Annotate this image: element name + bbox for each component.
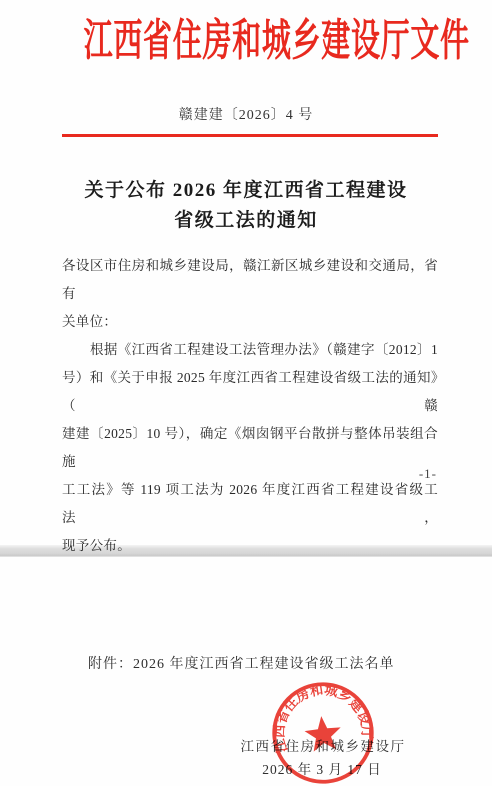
document-title: 关于公布 2026 年度江西省工程建设 省级工法的通知 <box>0 176 492 236</box>
page-number: -1- <box>419 466 437 482</box>
document-page-2: 附件：2026 年度江西省工程建设省级工法名单 江西省住房和城乡建设厅 2026… <box>0 557 492 786</box>
salutation-line: 关单位： <box>62 308 438 336</box>
body-line: 现予公布。 <box>62 532 438 560</box>
body-line: 号）和《关于申报 2025 年度江西省工程建设省级工法的通知》（赣 <box>62 364 438 420</box>
document-page-1: 江西省住房和城乡建设厅文件 赣建建〔2026〕4 号 关于公布 2026 年度江… <box>0 0 492 545</box>
red-divider-line <box>62 134 438 137</box>
document-number: 赣建建〔2026〕4 号 <box>0 104 492 124</box>
body-line: 根据《江西省工程建设工法管理办法》（赣建字〔2012〕1 <box>62 336 438 364</box>
body-line: 建建〔2025〕10 号），确定《烟囱钢平台散拼与整体吊装组合施 <box>62 420 438 476</box>
body-line: 工工法》等 119 项工法为 2026 年度江西省工程建设省级工法， <box>62 476 438 532</box>
document-title-line-1: 关于公布 2026 年度江西省工程建设 <box>0 176 492 206</box>
document-body: 各设区市住房和城乡建设局，赣江新区城乡建设和交通局，省有 关单位： 根据《江西省… <box>62 252 438 560</box>
attachment-line: 附件：2026 年度江西省工程建设省级工法名单 <box>88 653 395 673</box>
seal-star-icon <box>303 714 343 752</box>
salutation-line: 各设区市住房和城乡建设局，赣江新区城乡建设和交通局，省有 <box>62 252 438 308</box>
red-header-title: 江西省住房和城乡建设厅文件 <box>84 4 409 68</box>
official-seal-icon: 江西省住房和城乡建设厅 <box>265 675 381 786</box>
document-viewer: 江西省住房和城乡建设厅文件 赣建建〔2026〕4 号 关于公布 2026 年度江… <box>0 0 492 786</box>
document-title-line-2: 省级工法的通知 <box>0 206 492 236</box>
